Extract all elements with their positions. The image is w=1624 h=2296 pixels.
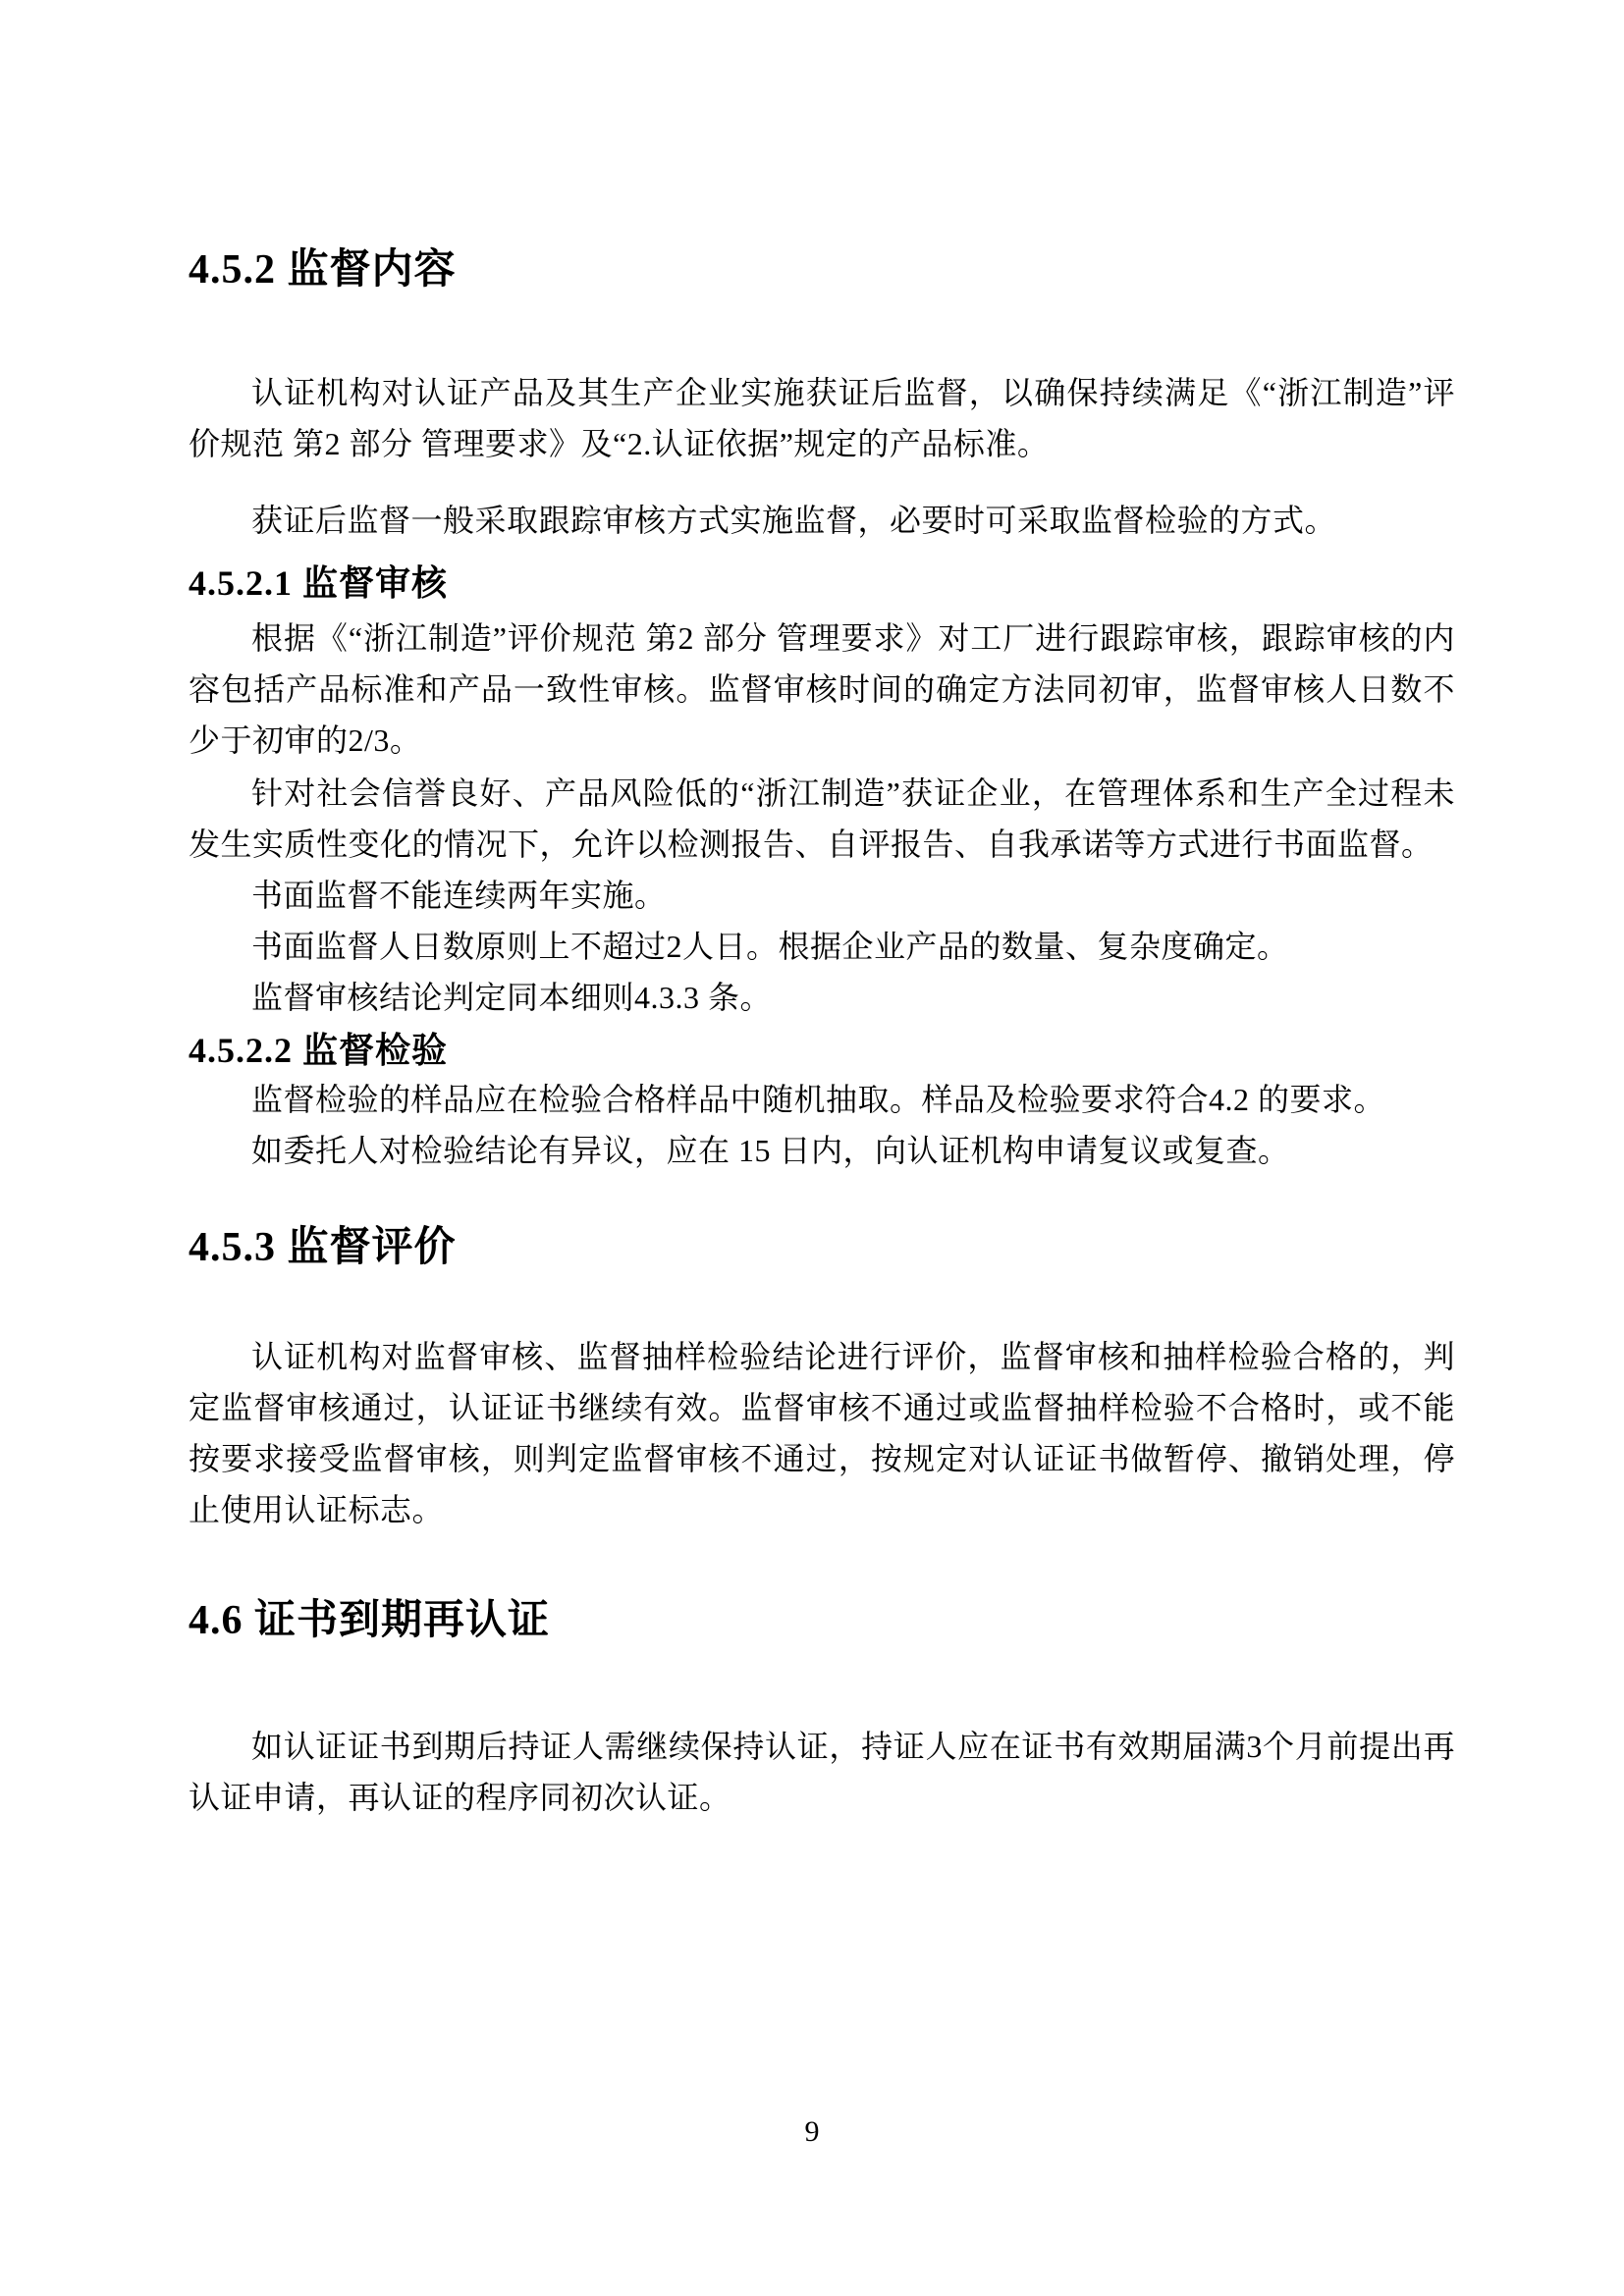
paragraph: 如认证证书到期后持证人需继续保持认证，持证人应在证书有效期届满3个月前提出再认证… xyxy=(189,1721,1455,1823)
paragraph: 根据《“浙江制造”评价规范 第2 部分 管理要求》对工厂进行跟踪审核，跟踪审核的… xyxy=(189,613,1455,766)
document-page: 4.5.2 监督内容 认证机构对认证产品及其生产企业实施获证后监督，以确保持续满… xyxy=(0,0,1624,2296)
paragraph: 书面监督人日数原则上不超过2人日。根据企业产品的数量、复杂度确定。 xyxy=(189,921,1455,972)
section-heading-4-5-2-2: 4.5.2.2 监督检验 xyxy=(189,1027,1455,1074)
paragraph: 认证机构对监督审核、监督抽样检验结论进行评价，监督审核和抽样检验合格的，判定监督… xyxy=(189,1331,1455,1535)
page-number: 9 xyxy=(0,2112,1624,2152)
paragraph: 认证机构对认证产品及其生产企业实施获证后监督，以确保持续满足《“浙江制造”评价规… xyxy=(189,367,1455,469)
paragraph: 获证后监督一般采取跟踪审核方式实施监督，必要时可采取监督检验的方式。 xyxy=(189,495,1455,546)
section-heading-4-6: 4.6 证书到期再认证 xyxy=(189,1594,1455,1647)
paragraph: 书面监督不能连续两年实施。 xyxy=(189,870,1455,921)
section-heading-4-5-3: 4.5.3 监督评价 xyxy=(189,1221,1455,1274)
paragraph: 监督检验的样品应在检验合格样品中随机抽取。样品及检验要求符合4.2 的要求。 xyxy=(189,1074,1455,1125)
section-heading-4-5-2: 4.5.2 监督内容 xyxy=(189,243,1455,296)
section-heading-4-5-2-1: 4.5.2.1 监督审核 xyxy=(189,560,1455,607)
paragraph: 监督审核结论判定同本细则4.3.3 条。 xyxy=(189,972,1455,1023)
document-body: 4.5.2 监督内容 认证机构对认证产品及其生产企业实施获证后监督，以确保持续满… xyxy=(189,0,1455,1823)
paragraph: 如委托人对检验结论有异议，应在 15 日内，向认证机构申请复议或复查。 xyxy=(189,1125,1455,1176)
paragraph: 针对社会信誉良好、产品风险低的“浙江制造”获证企业，在管理体系和生产全过程未发生… xyxy=(189,768,1455,870)
